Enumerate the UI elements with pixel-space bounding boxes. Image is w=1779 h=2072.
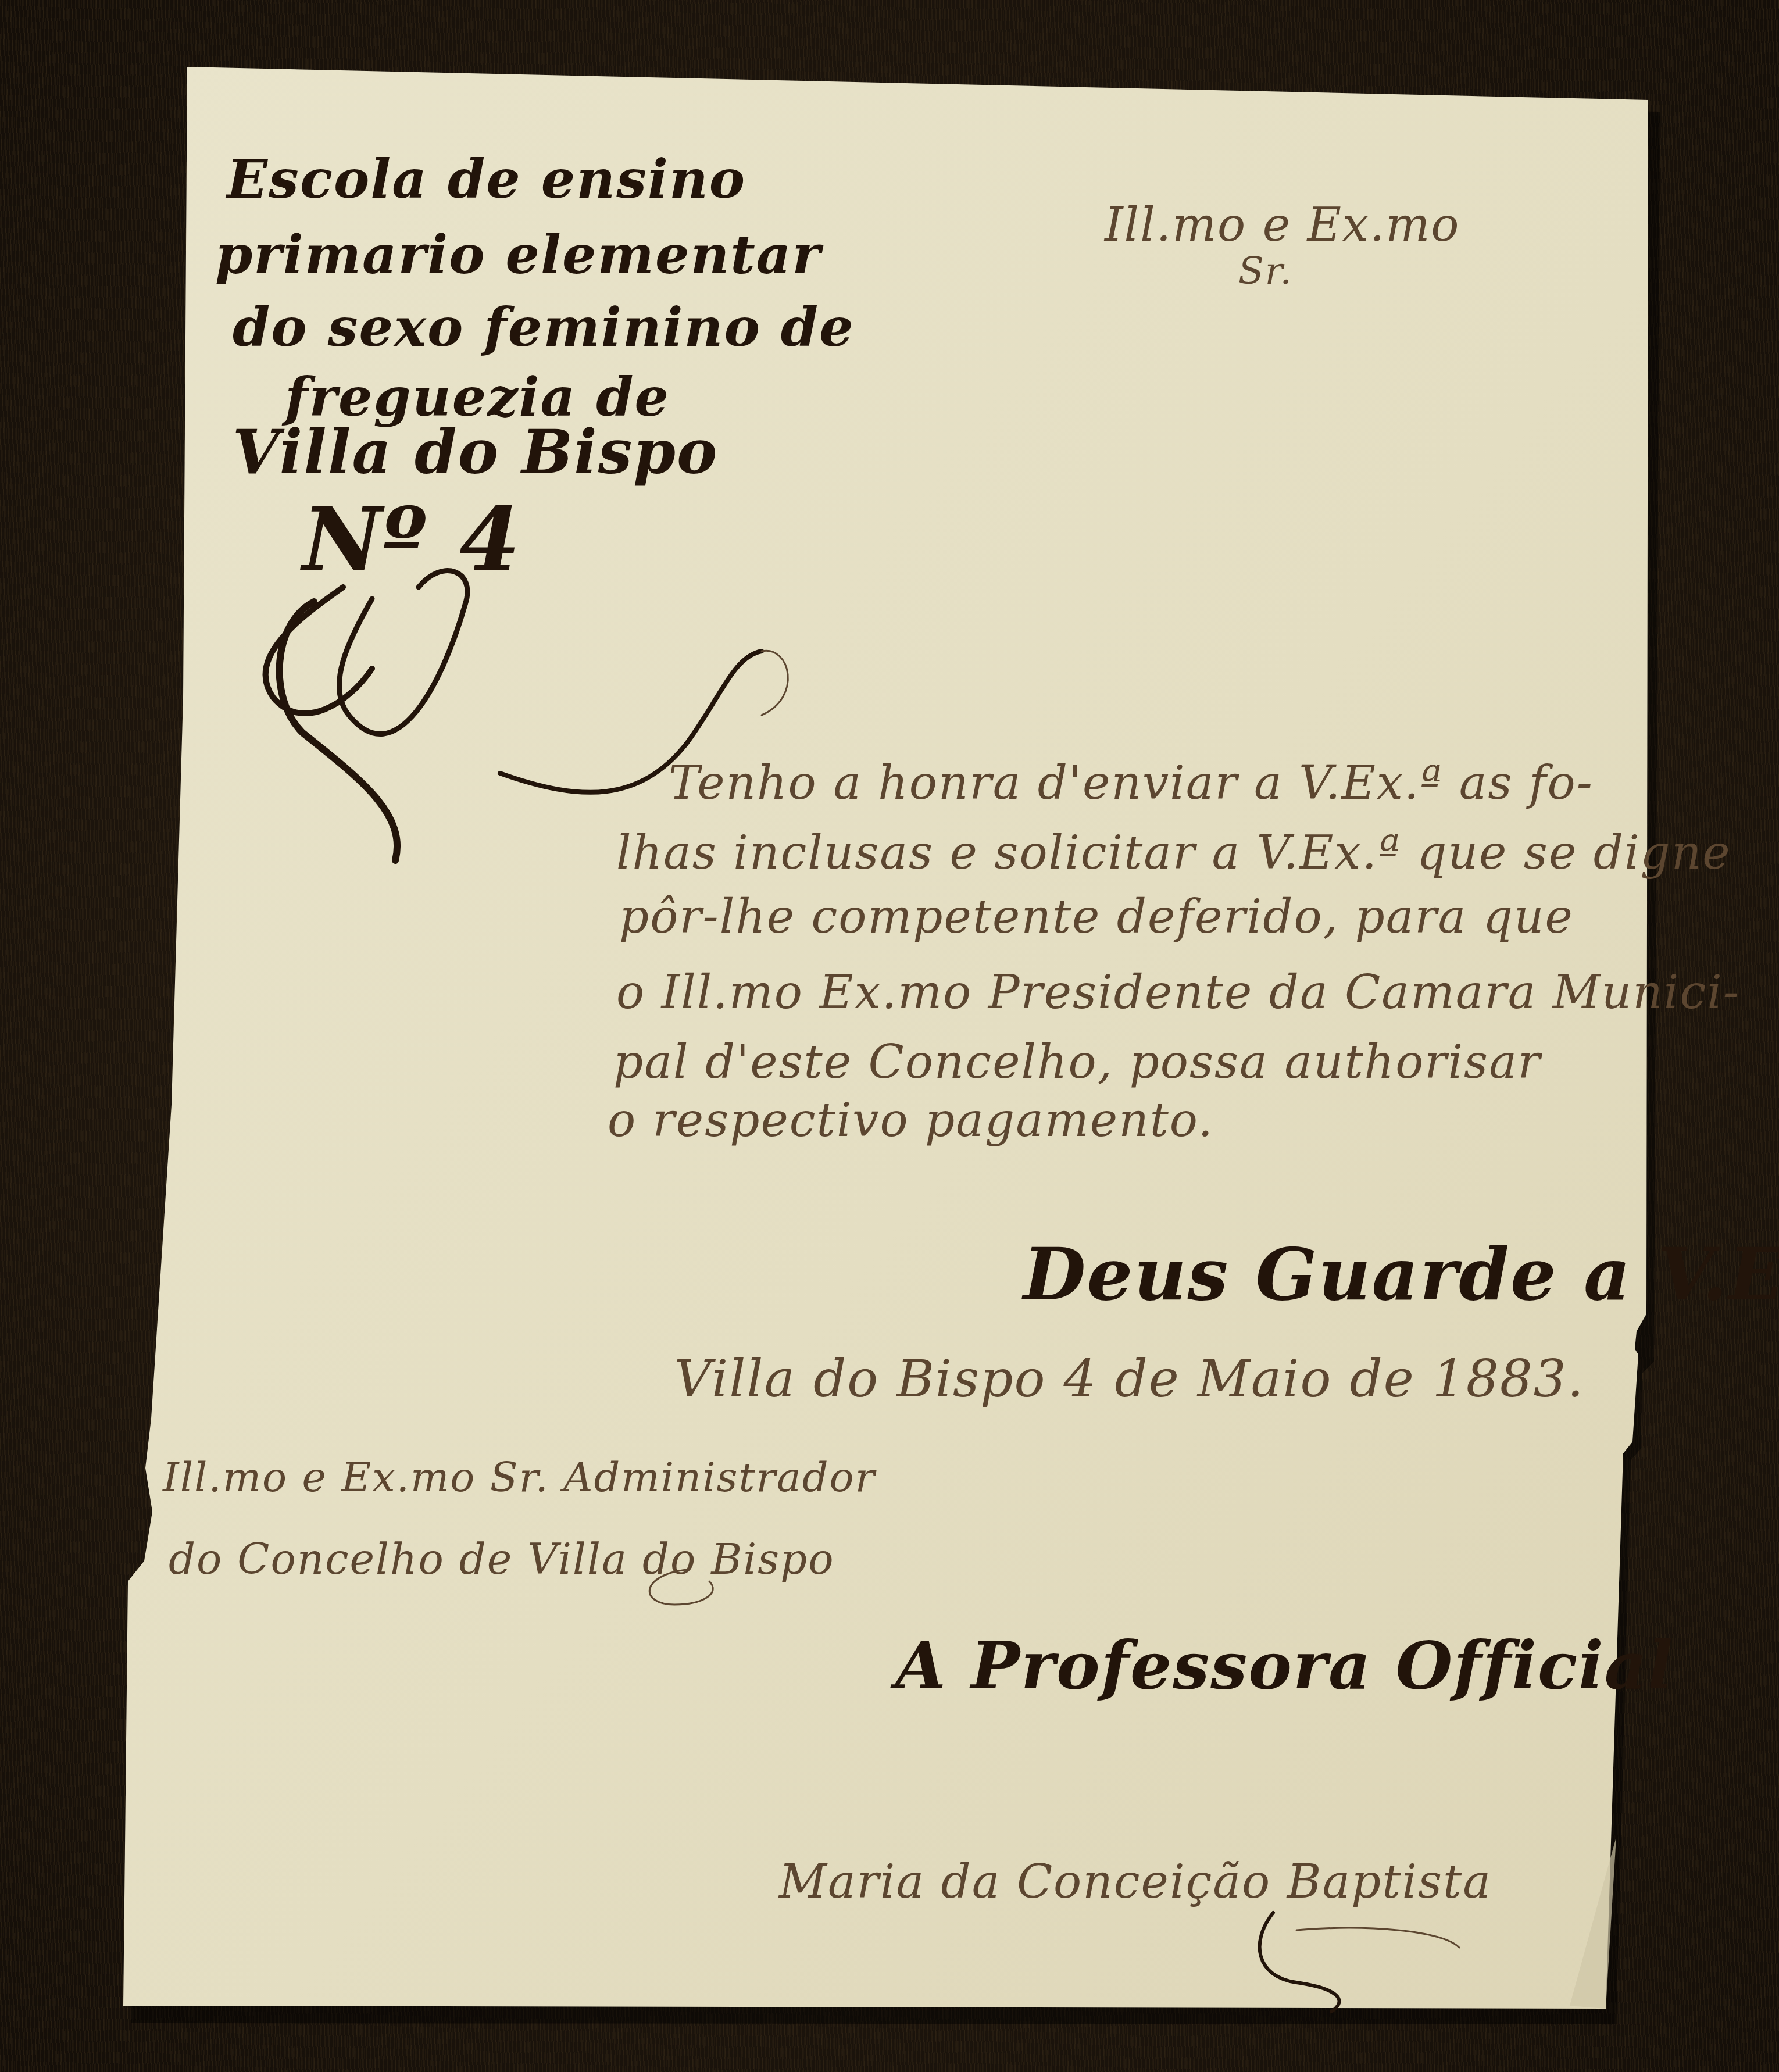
- place-date: Villa do Bispo 4 de Maio de 1883.: [674, 1349, 1585, 1409]
- body-line-2: lhas inclusas e solicitar a V.Ex.ª que s…: [616, 826, 1731, 880]
- header-line-1: Escola de ensino: [227, 145, 746, 213]
- salutation-line-1: Ill.mo e Ex.mo: [1105, 198, 1460, 252]
- addressee-line-1: Ill.mo e Ex.mo Sr. Administrador: [163, 1453, 876, 1501]
- body-line-1: Tenho a honra d'enviar a V.Ex.ª as fo-: [669, 756, 1594, 810]
- letter-page: Escola de ensino primario elementar do s…: [0, 0, 1779, 2072]
- body-line-4: o Ill.mo Ex.mo Presidente da Camara Muni…: [616, 965, 1740, 1019]
- header-line-2: primario elementar: [215, 221, 821, 288]
- addressee-line-2: do Concelho de Villa do Bispo: [169, 1535, 835, 1584]
- signature-name: Maria da Conceição Baptista: [779, 1855, 1492, 1909]
- signature-title: A Professora Official: [895, 1628, 1674, 1704]
- salutation-line-2: Sr.: [1238, 250, 1293, 293]
- document-number: Nº 4: [302, 488, 521, 591]
- body-line-6: o respectivo pagamento.: [608, 1093, 1214, 1147]
- body-line-5: pal d'este Concelho, possa authorisar: [613, 1035, 1541, 1089]
- header-line-5: Villa do Bispo: [233, 419, 718, 486]
- body-line-3: pôr-lhe competente deferido, para que: [619, 889, 1574, 944]
- closing-blessing: Deus Guarde a V.Ex.ª: [1023, 1233, 1779, 1317]
- header-line-3: do sexo feminino de: [233, 294, 855, 361]
